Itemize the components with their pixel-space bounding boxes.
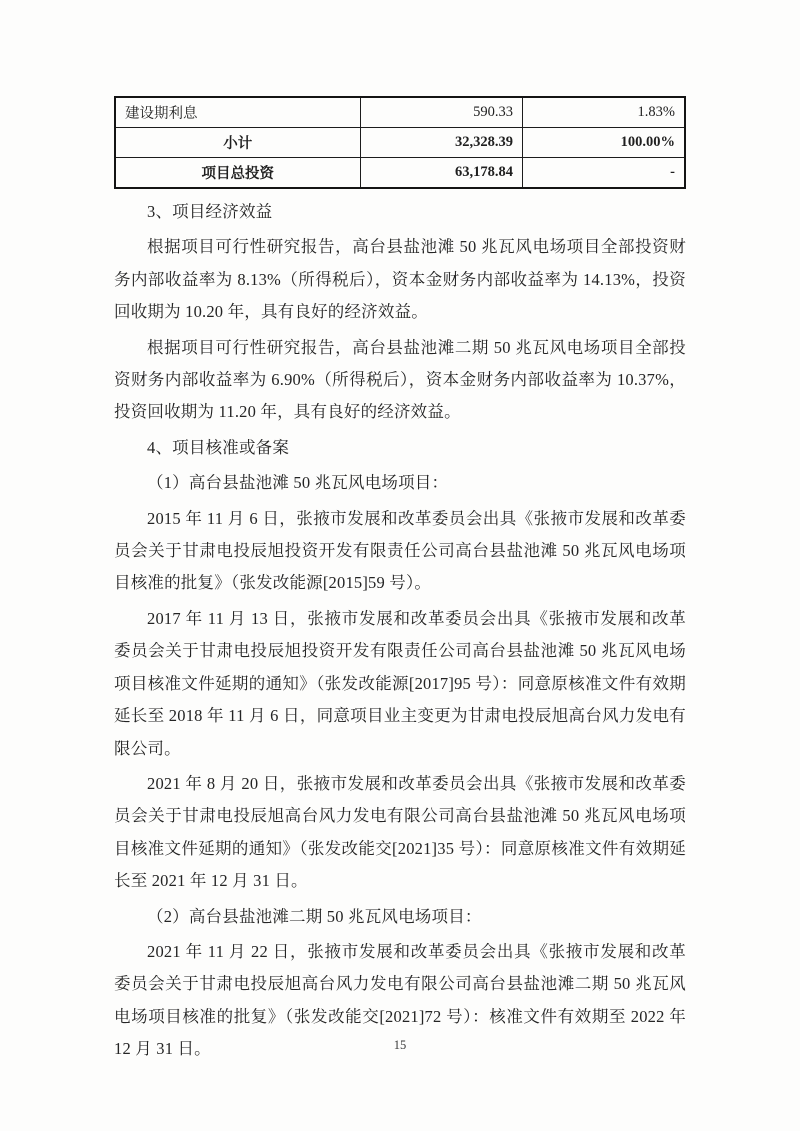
row-percent: 1.83% (523, 97, 685, 128)
paragraph-irr-phase2: 根据项目可行性研究报告，高台县盐池滩二期 50 兆瓦风电场项目全部投资财务内部收… (114, 332, 686, 429)
subheading-project-phase1: （1）高台县盐池滩 50 兆瓦风电场项目： (114, 467, 686, 499)
row-percent: - (523, 158, 685, 189)
row-amount: 63,178.84 (360, 158, 522, 189)
paragraph-approval-2015: 2015 年 11 月 6 日，张掖市发展和改革委员会出具《张掖市发展和改革委员… (114, 503, 686, 600)
paragraph-irr-phase1: 根据项目可行性研究报告，高台县盐池滩 50 兆瓦风电场项目全部投资财务内部收益率… (114, 231, 686, 328)
page-number: 15 (0, 1038, 800, 1053)
table-row-subtotal: 小计 32,328.39 100.00% (115, 128, 685, 158)
row-label: 小计 (115, 128, 360, 158)
table-row-total-investment: 项目总投资 63,178.84 - (115, 158, 685, 189)
row-label: 建设期利息 (115, 97, 360, 128)
row-percent: 100.00% (523, 128, 685, 158)
investment-summary-table: 建设期利息 590.33 1.83% 小计 32,328.39 100.00% … (114, 96, 686, 189)
paragraph-extension-2017: 2017 年 11 月 13 日，张掖市发展和改革委员会出具《张掖市发展和改革委… (114, 603, 686, 765)
row-amount: 32,328.39 (360, 128, 522, 158)
document-body: 3、项目经济效益 根据项目可行性研究报告，高台县盐池滩 50 兆瓦风电场项目全部… (114, 196, 686, 1069)
table-row-construction-interest: 建设期利息 590.33 1.83% (115, 97, 685, 128)
section-heading-approval: 4、项目核准或备案 (114, 432, 686, 464)
subheading-project-phase2: （2）高台县盐池滩二期 50 兆瓦风电场项目： (114, 901, 686, 933)
row-amount: 590.33 (360, 97, 522, 128)
section-heading-economic-benefit: 3、项目经济效益 (114, 196, 686, 228)
paragraph-extension-2021: 2021 年 8 月 20 日，张掖市发展和改革委员会出具《张掖市发展和改革委员… (114, 768, 686, 898)
row-label: 项目总投资 (115, 158, 360, 189)
document-page: 建设期利息 590.33 1.83% 小计 32,328.39 100.00% … (0, 0, 800, 1131)
